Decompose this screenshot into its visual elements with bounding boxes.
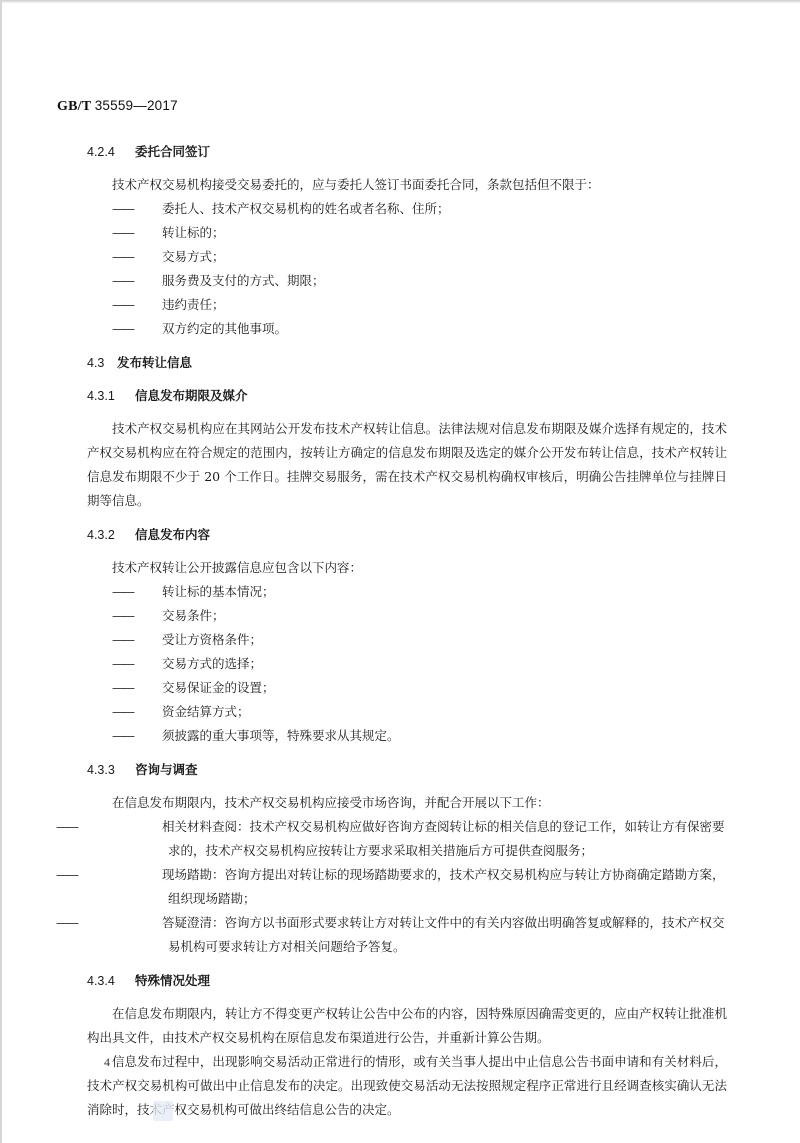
section-heading-4-3-2: 4.3.2 信息发布内容 — [87, 523, 727, 547]
list-item: ——现场踏勘：咨询方提出对转让标的现场踏勘要求的，技术产权交易机构应与转让方协商… — [87, 863, 727, 911]
document-page: GB/T 35559—2017 4.2.4 委托合同签订 技术产权交易机构接受交… — [0, 0, 800, 1143]
section-number: 4.3.4 — [87, 969, 135, 993]
list-item: ——相关材料查阅：技术产权交易机构应做好咨询方查阅转让标的相关信息的登记工作，如… — [87, 815, 727, 863]
section-title: 咨询与调查 — [135, 758, 198, 782]
list-item: ——受让方资格条件； — [87, 628, 727, 652]
section-number: 4.3.2 — [87, 523, 135, 547]
section-heading-4-2-4: 4.2.4 委托合同签订 — [87, 140, 727, 164]
section-title: 信息发布内容 — [135, 523, 210, 547]
standard-number: 35559—2017 — [95, 98, 178, 113]
section-heading-4-3-4: 4.3.4 特殊情况处理 — [87, 969, 727, 993]
section-number: 4.2.4 — [87, 140, 135, 164]
document-body: 4.2.4 委托合同签订 技术产权交易机构接受交易委托的，应与委托人签订书面委托… — [87, 140, 727, 1122]
paragraph: 技术产权交易机构应在其网站公开发布技术产权转让信息。法律法规对信息发布期限及媒介… — [87, 417, 727, 513]
section-title: 特殊情况处理 — [135, 969, 210, 993]
standard-prefix: GB/T — [57, 99, 91, 114]
list-item: ——委托人、技术产权交易机构的姓名或者名称、住所； — [87, 197, 727, 221]
list-item: ——交易保证金的设置； — [87, 676, 727, 700]
section-number: 4.3.3 — [87, 758, 135, 782]
section-title: 发布转让信息 — [117, 351, 192, 375]
section-number: 4.3.1 — [87, 384, 135, 408]
section-intro: 在信息发布期限内，技术产权交易机构应接受市场咨询，并配合开展以下工作： — [87, 791, 727, 815]
list-item: ——交易条件； — [87, 604, 727, 628]
paragraph: 在信息发布期限内，转让方不得变更产权转让公告中公布的内容，因特殊原因确需变更的，… — [87, 1002, 727, 1050]
section-title: 信息发布期限及媒介 — [135, 384, 248, 408]
paragraph: 信息发布过程中，出现影响交易活动正常进行的情形，或有关当事人提出中止信息公告书面… — [87, 1050, 727, 1122]
section-intro: 技术产权转让公开披露信息应包含以下内容： — [87, 556, 727, 580]
list-item: ——交易方式的选择； — [87, 652, 727, 676]
list-item: ——违约责任； — [87, 293, 727, 317]
section-intro: 技术产权交易机构接受交易委托的，应与委托人签订书面委托合同，条款包括但不限于： — [87, 173, 727, 197]
section-heading-4-3-3: 4.3.3 咨询与调查 — [87, 758, 727, 782]
list-item: ——双方约定的其他事项。 — [87, 317, 727, 341]
list-item: ——答疑澄清：咨询方以书面形式要求转让方对转让文件中的有关内容做出明确答复或解释… — [87, 911, 727, 959]
section-heading-4-3: 4.3 发布转让信息 — [87, 351, 727, 375]
list-item: ——须披露的重大事项等，特殊要求从其规定。 — [87, 724, 727, 748]
section-heading-4-3-1: 4.3.1 信息发布期限及媒介 — [87, 384, 727, 408]
list-item: ——服务费及支付的方式、期限； — [87, 269, 727, 293]
section-title: 委托合同签订 — [135, 140, 210, 164]
watermark-logo-icon — [153, 1101, 173, 1121]
page-number: 4 — [104, 1055, 110, 1070]
list-item: ——转让标的； — [87, 221, 727, 245]
list-item: ——转让标的基本情况； — [87, 580, 727, 604]
section-number: 4.3 — [87, 351, 117, 375]
list-item: ——资金结算方式； — [87, 700, 727, 724]
standard-header: GB/T 35559—2017 — [57, 98, 178, 115]
list-item: ——交易方式； — [87, 245, 727, 269]
